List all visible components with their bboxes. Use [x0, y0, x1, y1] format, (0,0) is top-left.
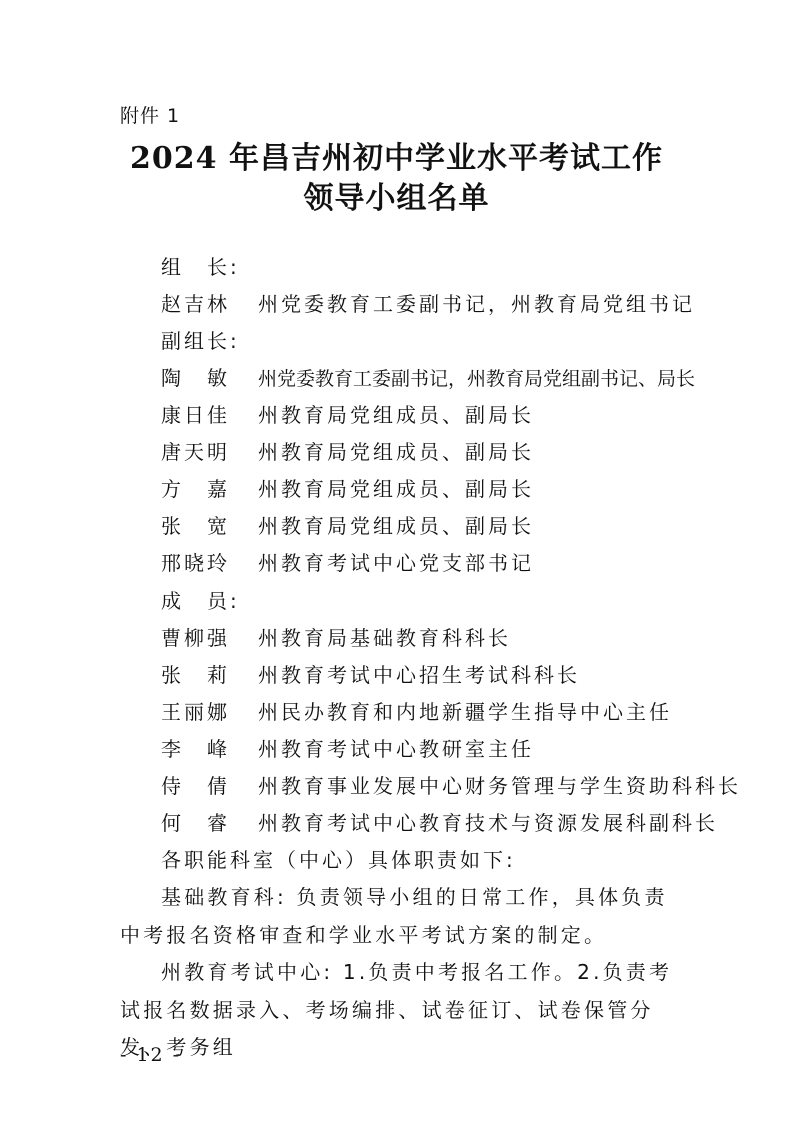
member-row: 王丽娜州民办教育和内地新疆学生指导中心主任 [161, 697, 672, 727]
deputy-row: 康日佳州教育局党组成员、副局长 [161, 400, 534, 430]
person-role: 州教育局党组成员、副局长 [258, 511, 534, 541]
deputy-row: 陶 敏州党委教育工委副书记，州教育局党组副书记、局长 [161, 363, 695, 393]
person-role: 州教育考试中心教研室主任 [258, 734, 534, 764]
person-name: 何 睿 [161, 808, 258, 838]
person-role: 州教育事业发展中心财务管理与学生资助科科长 [258, 771, 741, 801]
leader-row: 赵吉林州党委教育工委副书记，州教育局党组书记 [161, 289, 695, 319]
person-role: 州教育局党组成员、副局长 [258, 437, 534, 467]
person-role: 州教育考试中心党支部书记 [258, 548, 534, 578]
deputy-row: 张 宽州教育局党组成员、副局长 [161, 511, 534, 541]
deputy-heading: 副组长: [161, 326, 240, 356]
person-role: 州民办教育和内地新疆学生指导中心主任 [258, 697, 672, 727]
person-name: 唐天明 [161, 437, 258, 467]
person-name: 王丽娜 [161, 697, 258, 727]
duties-paragraph: 基础教育科: 负责领导小组的日常工作，具体负责中考报名资格审查和学业水平考试方案… [120, 879, 680, 954]
person-name: 张 莉 [161, 660, 258, 690]
duties-intro: 各职能科室（中心）具体职责如下: [161, 845, 516, 875]
person-name: 李 峰 [161, 734, 258, 764]
members-heading: 成 员: [161, 586, 240, 616]
document-title-line2: 领导小组名单 [0, 173, 793, 217]
member-row: 李 峰州教育考试中心教研室主任 [161, 734, 534, 764]
person-name: 邢晓玲 [161, 548, 258, 578]
member-row: 曹柳强州教育局基础教育科科长 [161, 623, 511, 653]
person-name: 曹柳强 [161, 623, 258, 653]
member-row: 张 莉州教育考试中心招生考试科科长 [161, 660, 580, 690]
page-number: - 12 - [120, 1044, 181, 1066]
person-role: 州教育考试中心教育技术与资源发展科副科长 [258, 808, 718, 838]
person-role: 州教育局党组成员、副局长 [258, 474, 534, 504]
deputy-row: 唐天明州教育局党组成员、副局长 [161, 437, 534, 467]
document-page: 附件 1 2024 年昌吉州初中学业水平考试工作 领导小组名单 组 长: 赵吉林… [0, 0, 793, 1122]
person-name: 张 宽 [161, 511, 258, 541]
person-role: 州教育局党组成员、副局长 [258, 400, 534, 430]
person-role: 州党委教育工委副书记，州教育局党组副书记、局长 [258, 364, 695, 394]
person-role: 州教育局基础教育科科长 [258, 623, 511, 653]
attachment-label: 附件 1 [120, 101, 180, 128]
deputy-row: 邢晓玲州教育考试中心党支部书记 [161, 548, 534, 578]
person-name: 陶 敏 [161, 363, 258, 393]
person-role: 州教育考试中心招生考试科科长 [258, 660, 580, 690]
person-name: 赵吉林 [161, 289, 258, 319]
member-row: 侍 倩州教育事业发展中心财务管理与学生资助科科长 [161, 771, 741, 801]
duties-paragraph: 州教育考试中心: 1.负责中考报名工作。2.负责考试报名数据录入、考场编排、试卷… [120, 954, 680, 1067]
person-name: 康日佳 [161, 400, 258, 430]
document-title-line1: 2024 年昌吉州初中学业水平考试工作 [0, 133, 793, 177]
person-role: 州党委教育工委副书记，州教育局党组书记 [258, 289, 695, 319]
deputy-row: 方 嘉州教育局党组成员、副局长 [161, 474, 534, 504]
leader-heading: 组 长: [161, 252, 240, 282]
person-name: 方 嘉 [161, 474, 258, 504]
member-row: 何 睿州教育考试中心教育技术与资源发展科副科长 [161, 808, 718, 838]
person-name: 侍 倩 [161, 771, 258, 801]
